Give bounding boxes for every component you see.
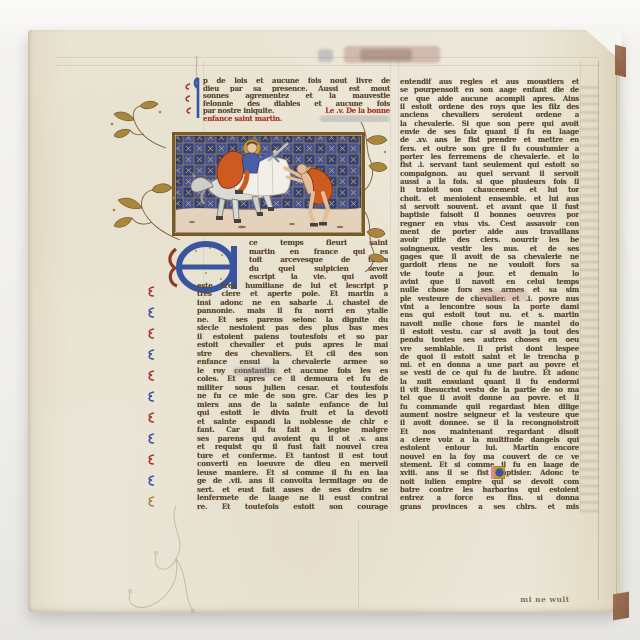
text-line: avoir pitie des clers. nourrir les be [400, 236, 579, 244]
text-line: felonnie des diables et aucune fois [203, 100, 390, 108]
text-line: escript la vie. qui avoit [249, 273, 388, 282]
rubric-inline: Le .v. De la bonne [325, 107, 390, 115]
text-line: soingneux. vestir les nus. et de ses [400, 245, 579, 253]
text-line: lenfermete de laage ne li eust contrai [197, 494, 388, 503]
rubric-line: enfance saint martin. [203, 115, 390, 123]
text-line: si servoit souvent. et avant que il fust [400, 203, 579, 211]
left-column-body: ce temps fleuri saintmartin en france qu… [197, 239, 388, 511]
paraph-red [147, 412, 158, 423]
text-line: estoit chevalier et puis apres le mai [197, 341, 388, 350]
small-initial [491, 466, 505, 479]
text-line: converti en loeuvre de dieu en merveil [197, 460, 388, 469]
ruling-line [55, 65, 600, 66]
text-line: se pourpensoit en son aage enfant die de [400, 86, 579, 94]
text-line: gages que il avoit de sa chevalerie ne [400, 253, 579, 261]
catchword: mi ne wult [503, 595, 587, 604]
manuscript-photo: { "rubric": { "chapter_inline": "Le .v. … [0, 0, 640, 640]
text-line: entendif aus regles et aus moustiers et [400, 78, 579, 86]
text-line: il avoit donnee. se il la recongnoistroi… [400, 419, 579, 427]
text-line: stement. Et si comme il fu en laage de [400, 461, 579, 469]
text-line: dieu par sa presence. Aussi est mout [203, 85, 390, 93]
ivy-spray-icon [104, 100, 168, 152]
intro-line-with-rubric: par nostre iniquite. Le .v. De la bonne [203, 107, 390, 115]
faded-header-mark [318, 49, 333, 62]
text-line: la nuit ensuiant quant il fu endormi [400, 378, 579, 386]
text-line: entrez a force es fins. si donna [400, 494, 579, 502]
text-line: baptisie faisoit il bonnes oeuvres por [400, 211, 579, 219]
text-line: a clere voiz a la multitude dangels qui [400, 436, 579, 444]
paraph-blue [147, 433, 158, 444]
text-line: ses parens qui avoient qu il ot .v. ans [197, 435, 388, 444]
paraph-blue [147, 475, 158, 486]
pen-flourish [118, 505, 230, 635]
ivy-spray-icon [357, 212, 387, 274]
text-line: stre des chevaliers. Et cil des son [197, 350, 388, 359]
text-line: siecle nestoient pas des plus bas mes [197, 324, 388, 333]
text-line: pendu toutes ses autres choses en oeu [400, 336, 579, 344]
text-line: regner en vius vis. Cest assavoir con [400, 220, 579, 228]
text-line: il estoit vestu. car si avoit ja tout de… [400, 328, 579, 336]
text-line: p de lois et aucune fois nout livre de [203, 77, 390, 85]
text-line: miers ans de la sainte enfance de lui [197, 401, 388, 410]
text-line: le roy constantin et aucune fois les es [197, 367, 388, 376]
paraph-red [147, 286, 158, 297]
text-line: se vesti de ce qui fu de lautre. Et adon… [400, 369, 579, 377]
text-line: tres clere et aperte pole. Et martin a [197, 290, 388, 299]
text-line: sonnes agrementez et la mauvestie [203, 92, 390, 100]
text-line: avint que il navoit en celui temps [400, 278, 579, 286]
text-line: ne. Et ses parens selonc la dignite du [197, 316, 388, 325]
text-line: il estoient paiens toutesfois et so par [197, 333, 388, 342]
text-line: fist .i. servant tant seulement qui esto… [400, 161, 579, 169]
text-line: enfance ensui la chevalerie armee so [197, 358, 388, 367]
miniature-saint-martin [172, 132, 365, 236]
intro-lines: p de lois et aucune fois nout livre dedi… [203, 77, 390, 107]
text-line: ne fu ce mie de son gre. Car des les p [197, 392, 388, 401]
page-crease [358, 520, 359, 608]
text-line: aussi a la fois. si que plusieurs fois i… [400, 178, 579, 186]
paraph-bar [182, 54, 204, 120]
text-line: anciens chevaliers seroient ordene a [400, 111, 579, 119]
text-line: pannonie. mais il fu norri en ytalie [197, 307, 388, 316]
text-line: ce que aide aucune acompli apres. Ains [400, 95, 579, 103]
show-through-text [580, 86, 599, 516]
text-line: xviii. ans il se fist baptisier. Adonc t… [400, 469, 579, 477]
ground [176, 208, 361, 232]
text-line: militer sous julien cesar. et toutesfois [197, 384, 388, 393]
red-flourish [170, 249, 177, 286]
text-line: noit iulien empire qui se devoit com [400, 478, 579, 486]
text-line: vre semblable. Il prist dont lespee [400, 345, 579, 353]
text-line: porter les ferremens de chevalerie. et l… [400, 153, 579, 161]
text-line: fu commande quil regardast bien dilige [400, 403, 579, 411]
ruling-line [390, 60, 391, 512]
text-line: sert. et eust fait asses de ses desirs s… [197, 486, 388, 495]
text-line: vie toute a jour. et demain lo [400, 270, 579, 278]
text-line: ment de porter aide aus travaillans [400, 228, 579, 236]
text-line: estoient entour lui. Martin encore [400, 444, 579, 452]
paraph-blue [147, 391, 158, 402]
text-line: qui estoit le divin fruit et la devoti [197, 409, 388, 418]
text-line: compaignon. au quel servant il servoit [400, 170, 579, 178]
text-line: nouvel en la foy ma couvert de ce ve [400, 453, 579, 461]
margin-paraphs [147, 286, 161, 517]
text-line: par nostre iniquite. [203, 107, 274, 115]
text-line: gardoit riens ne ne vouloit fors sa [400, 261, 579, 269]
text-line: ture et conferme. Et tantost il est tout [197, 452, 388, 461]
faded-header-title-core [360, 49, 412, 61]
text-line: este tres humiliane de lui et lescript p [197, 282, 388, 291]
text-line: la chevalerie. Si que son pere qui avoit [400, 120, 579, 128]
text-line: choit. et menioient ensemble. et lui aus [400, 195, 579, 203]
text-line: fers. et outre son gre il fu coustumier … [400, 145, 579, 153]
paraph-red [147, 454, 158, 465]
body-lines: este tres humiliane de lui et lescript p… [197, 282, 388, 512]
paraph-blue [147, 307, 158, 318]
paraph-red [147, 370, 158, 381]
text-line: fant. Car il fu fait a legise malgre [197, 426, 388, 435]
binding-glimpse-top [615, 45, 626, 78]
erased-word-smudge [233, 367, 277, 376]
rubric-text: enfance saint martin. [203, 115, 282, 123]
text-line: coles. Et apres ce il demoura et fu de [197, 375, 388, 384]
text-line: navoit nulle chose fors le mantel do [400, 320, 579, 328]
text-line: aument nostre seigneur et la vesteure qu… [400, 411, 579, 419]
faded-patch-right [478, 290, 528, 301]
faded-note-smudge [320, 115, 390, 123]
left-column-intro: p de lois et aucune fois nout livre dedi… [203, 77, 390, 122]
text-line: il vit ihesucrist vestu de la partie de … [400, 386, 579, 394]
text-line: vint a lencontre sous la porte dami [400, 303, 579, 311]
text-line: envie de ses faiz quant il fu en laage [400, 128, 579, 136]
paraph-red [147, 328, 158, 339]
text-line: tel que il avoit donne au povre. et li [400, 394, 579, 402]
text-line: mi. et en donna a une part au povre et [400, 361, 579, 369]
binding-glimpse-bottom [613, 592, 629, 621]
text-line: et sainte espandi la noblesse de chlr e [197, 418, 388, 427]
text-line: leuse maniere. Et si comme il fu en laa [197, 469, 388, 478]
paraph-blue [147, 349, 158, 360]
text-line: ge de .vii. ans il convoita lermitage ou… [197, 477, 388, 486]
ruling-line [398, 60, 399, 512]
text-line: insi adonc ne en sabarie .i. chastel de [197, 299, 388, 308]
text-line: li traioit son chaucement et lui tor [400, 186, 579, 194]
ivy-spray-icon [355, 122, 389, 192]
text-line: ens qui estoit tout nu. et s. martin [400, 311, 579, 319]
text-line: grans provinces a ses chlrs. et mis [400, 503, 579, 511]
text-line: et requist qu il fust fait nouvel crea [197, 443, 388, 452]
text-line: de .xv. ans le fist prendre et mettre en [400, 136, 579, 144]
text-line: Et nos maintenant regardant disoit [400, 428, 579, 436]
text-line: il estoit ordene des roys que les filz d… [400, 103, 579, 111]
text-line: de quoi il estoit saint et le trencha p [400, 353, 579, 361]
text-line: batre contre les barbarins qui estoient [400, 486, 579, 494]
ivy-spray-icon [108, 182, 182, 244]
page-fold-line [616, 36, 617, 608]
